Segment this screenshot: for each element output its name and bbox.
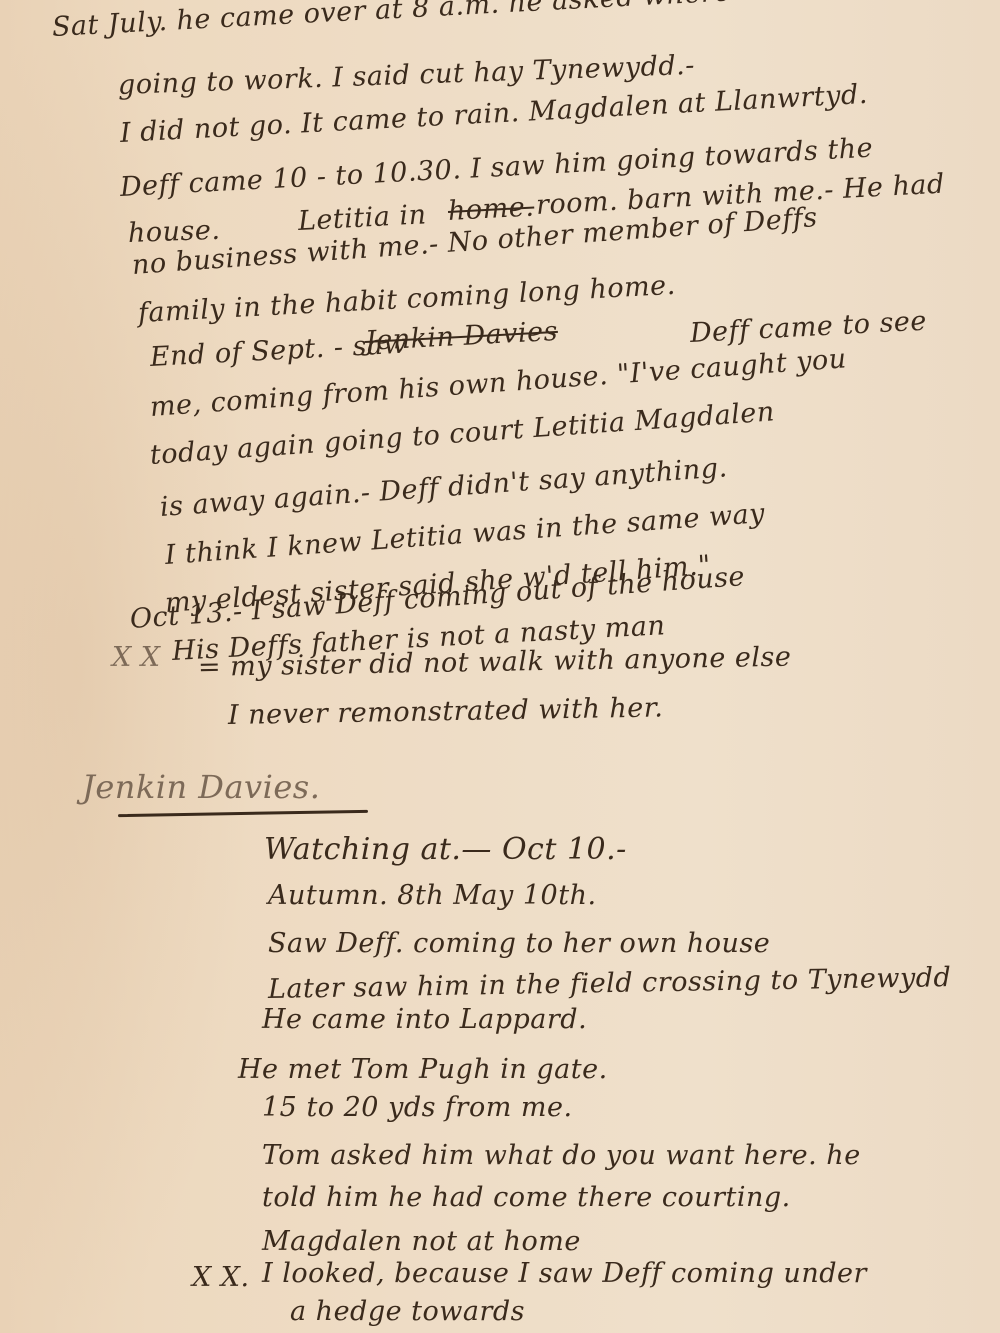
text-line: told him he had come there courting. xyxy=(262,1182,791,1213)
text-line: Magdalen not at home xyxy=(262,1226,581,1257)
text-line: Tom asked him what do you want here. he xyxy=(262,1140,861,1171)
text-line: a hedge towards xyxy=(290,1296,525,1327)
text-line: 15 to 20 yds from me. xyxy=(262,1092,573,1123)
text-line: I looked, because I saw Deff coming unde… xyxy=(262,1258,867,1289)
text-line: family in the habit coming long home. xyxy=(137,270,676,329)
cross-mark: X X. xyxy=(192,1262,250,1293)
text-line: He met Tom Pugh in gate. xyxy=(238,1054,608,1085)
text-line: Deff came to see xyxy=(689,306,927,349)
signature-heading: Jenkin Davies. xyxy=(82,768,320,806)
text-line: Autumn. 8th May 10th. xyxy=(268,880,597,911)
text-line: I never remonstrated with her. xyxy=(228,692,664,731)
text-line: He came into Lappard. xyxy=(262,1004,587,1035)
signature-underline xyxy=(118,810,368,817)
manuscript-page: Sat July. he came over at 8 a.m. he aske… xyxy=(0,0,1000,1333)
text-line: Saw Deff. coming to her own house xyxy=(268,928,770,959)
text-line: Sat July. he came over at 8 a.m. he aske… xyxy=(51,0,815,43)
text-line: Later saw him in the field crossing to T… xyxy=(268,962,952,1005)
text-line: Watching at.— Oct 10.- xyxy=(264,832,627,867)
struck-text: Jenkin Davies xyxy=(364,316,558,357)
cross-mark: X X xyxy=(112,642,161,673)
